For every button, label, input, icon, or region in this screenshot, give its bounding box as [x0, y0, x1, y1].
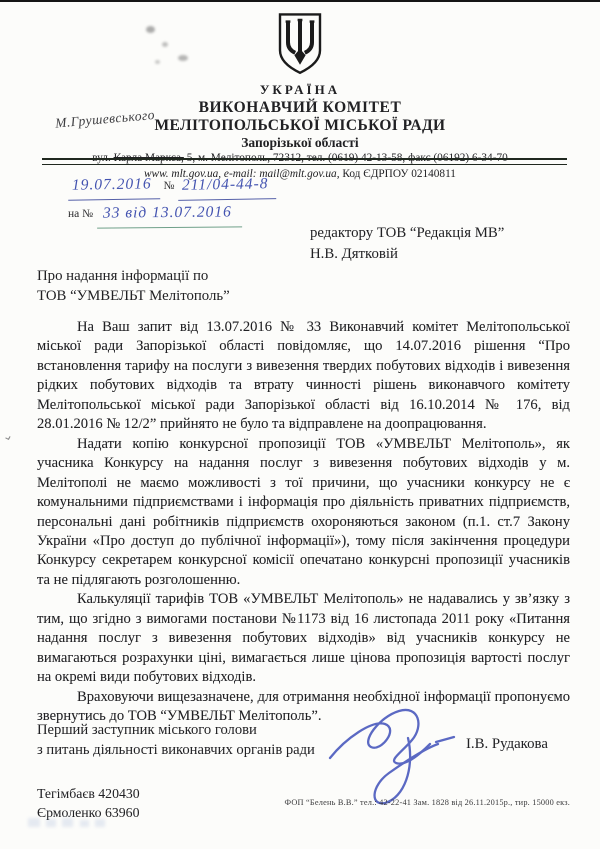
- scan-bleed-mark: [46, 819, 56, 827]
- subject-line2: ТОВ “УМВЕЛЬТ Мелітополь”: [37, 287, 230, 307]
- scan-smudge: [162, 42, 168, 47]
- executor-contacts: Тегімбаєв 420430 Єрмоленко 63960: [37, 785, 140, 822]
- executor-contact-1: Тегімбаєв 420430: [37, 785, 140, 804]
- reference-row-outgoing: 19.07.2016 № 211/04-44-8: [68, 172, 277, 200]
- handwritten-signature: [322, 700, 472, 810]
- printshop-footer: ФОП “Белень В.В.” тел.: 42-22-41 Зам. 18…: [285, 798, 571, 807]
- letter-body: На Ваш запит від 13.07.2016 № 33 Виконав…: [37, 318, 570, 727]
- recipient-block: редактору ТОВ “Редакція МВ” Н.В. Дяткові…: [310, 223, 504, 264]
- outgoing-number-handwritten: 211/04-44-8: [178, 171, 277, 201]
- scan-bleed-mark: [62, 818, 73, 827]
- signatory-title-line1: Перший заступник міського голови: [37, 721, 315, 741]
- recipient-name: Н.В. Дятковій: [310, 244, 504, 265]
- paragraph-1: На Ваш запит від 13.07.2016 № 33 Виконав…: [37, 318, 570, 435]
- scan-bleed-mark: [80, 820, 89, 827]
- signatory-title: Перший заступник міського голови з питан…: [37, 721, 315, 760]
- reply-number-handwritten: 33 від 13.07.2016: [97, 199, 242, 228]
- scan-edge-artifact: [0, 0, 600, 2]
- recipient-title: редактору ТОВ “Редакція МВ”: [310, 223, 504, 244]
- scan-smudge: [155, 60, 160, 64]
- subject-line1: Про надання інформації по: [37, 267, 230, 287]
- letterhead-divider: [42, 158, 567, 165]
- reference-row-reply: на № 33 від 13.07.2016: [68, 200, 277, 228]
- paragraph-2: Надати копію конкурсної пропозиції ТОВ «…: [37, 435, 570, 591]
- paragraph-3: Калькуляції тарифів ТОВ «УМВЕЛЬТ Мелітоп…: [37, 590, 570, 687]
- signatory-name: І.В. Рудакова: [466, 736, 548, 753]
- letterhead: УКРАЇНА ВИКОНАВЧИЙ КОМІТЕТ МЕЛІТОПОЛЬСЬК…: [0, 12, 600, 182]
- signatory-title-line2: з питань діяльності виконавчих органів р…: [37, 741, 315, 761]
- country-title: УКРАЇНА: [0, 82, 600, 98]
- number-sign-label: №: [164, 180, 175, 192]
- region-line: Запорізької області: [0, 135, 600, 151]
- reply-label: на №: [68, 208, 93, 220]
- ukraine-trident-emblem: [276, 12, 324, 76]
- scan-smudge: [146, 26, 155, 33]
- scan-pen-mark: ⌄: [0, 427, 15, 446]
- scanned-letter-page: УКРАЇНА ВИКОНАВЧИЙ КОМІТЕТ МЕЛІТОПОЛЬСЬК…: [0, 0, 600, 849]
- edrpou-code: Код ЄДРПОУ 02140811: [340, 168, 456, 180]
- subject-block: Про надання інформації по ТОВ “УМВЕЛЬТ М…: [37, 267, 230, 306]
- outgoing-date-handwritten: 19.07.2016: [68, 171, 160, 201]
- scan-bleed-mark: [28, 818, 40, 827]
- scan-smudge: [178, 55, 188, 61]
- reference-block: 19.07.2016 № 211/04-44-8 на № 33 від 13.…: [68, 172, 277, 228]
- scan-bleed-mark: [95, 819, 105, 827]
